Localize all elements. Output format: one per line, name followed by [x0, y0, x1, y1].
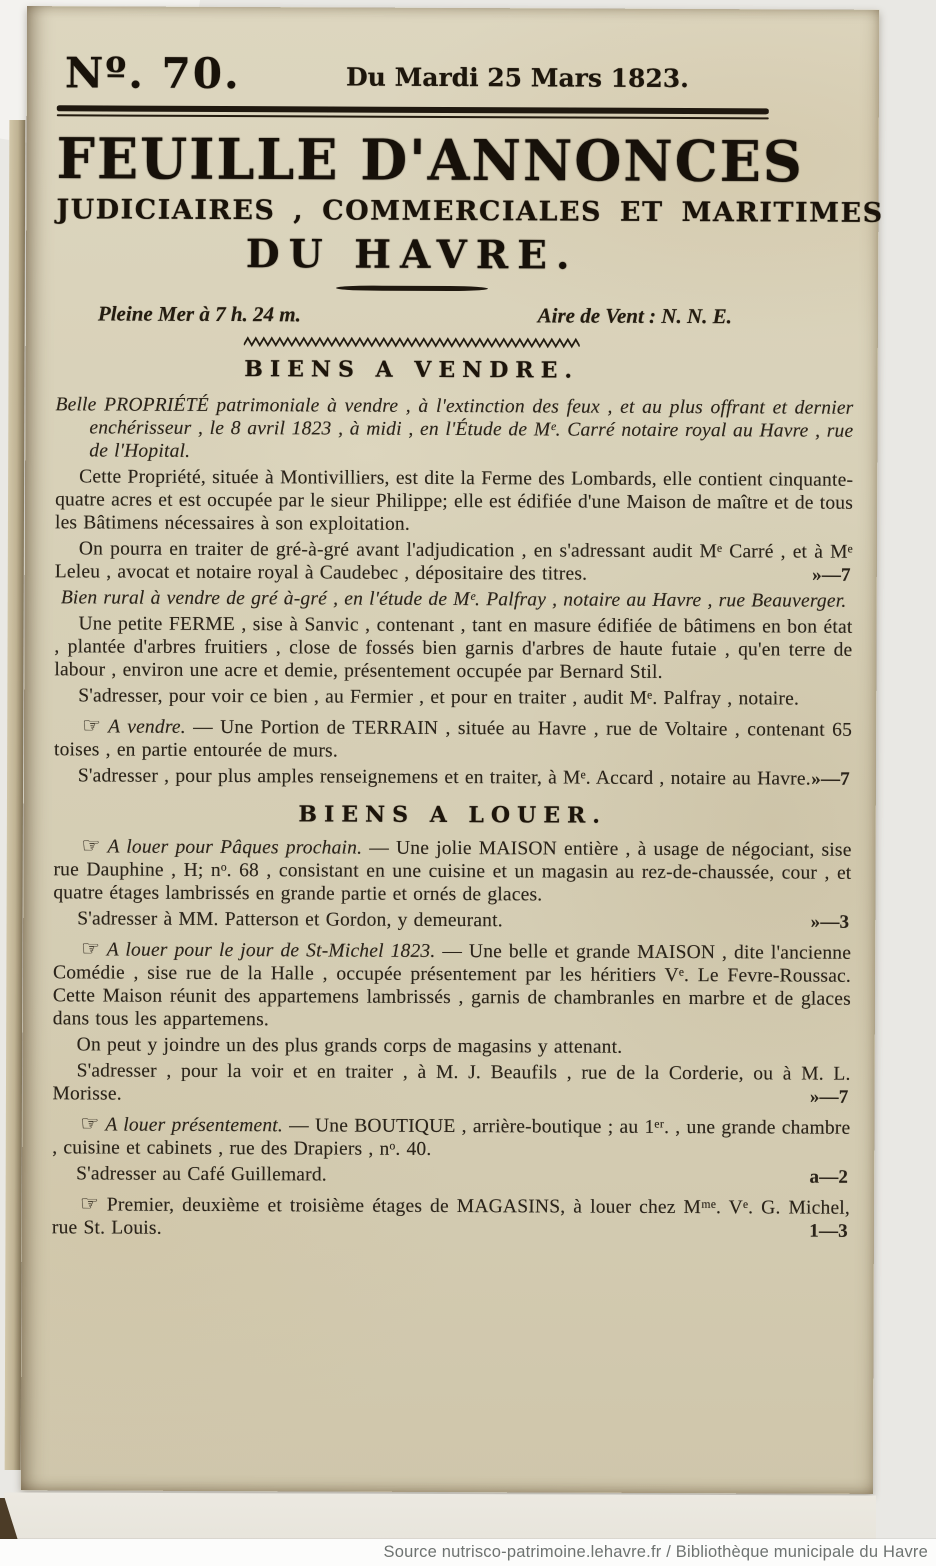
ad-paragraph: S'adresser, pour voir ce bien , au Fermi… — [54, 684, 852, 710]
ad-paragraph: S'adresser au Café Guillemard.a—2 — [52, 1162, 850, 1188]
ad-text: S'adresser au Café Guillemard. — [76, 1163, 327, 1185]
scanned-newspaper-viewer: { "glyphs": { "manicule": "☞" }, "masthe… — [0, 0, 936, 1566]
section-heading-biens-a-louer: BIENS A LOUER. — [54, 800, 852, 829]
ad-text: Une petite FERME , sise à Sanvic , conte… — [54, 613, 852, 683]
newspaper-place: DU HAVRE. — [56, 230, 768, 279]
ad-text: S'adresser , pour plus amples renseignem… — [78, 765, 811, 789]
newspaper-page-scan: Nº. 70. Du Mardi 25 Mars 1823. FEUILLE D… — [21, 6, 879, 1494]
rule-thin — [57, 114, 769, 119]
page-content: Nº. 70. Du Mardi 25 Mars 1823. FEUILLE D… — [36, 6, 865, 1243]
ads-column: Belle PROPRIÉTÉ patrimoniale à vendre , … — [36, 389, 864, 1243]
attribution-bar: Source nutrisco-patrimoine.lehavre.fr / … — [0, 1539, 936, 1566]
ad-text: On pourra en traiter de gré-à-gré avant … — [55, 538, 853, 584]
insertion-mark: »—7 — [811, 768, 850, 791]
ad-paragraph: ☞ A louer pour Pâques prochain. — Une jo… — [53, 834, 851, 907]
ad-lead: A louer pour Pâques prochain. — [107, 837, 362, 859]
manicule-icon: ☞ — [82, 833, 101, 857]
ad-paragraph: ☞ Premier, deuxième et troisième étages … — [52, 1192, 850, 1242]
ad-text: S'adresser à MM. Patterson et Gordon, y … — [77, 908, 503, 931]
ad-paragraph: On peut y joindre un des plus grands cor… — [53, 1033, 851, 1059]
tide-wind-row: Pleine Mer à 7 h. 24 m. Aire de Vent : N… — [56, 301, 768, 329]
masthead-block: FEUILLE D'ANNONCES JUDICIAIRES , COMMERC… — [56, 126, 769, 384]
ad-text: S'adresser , pour la voir et en traiter … — [52, 1060, 850, 1104]
insertion-mark: »—3 — [811, 911, 850, 934]
ad-text: S'adresser, pour voir ce bien , au Fermi… — [78, 685, 799, 709]
ad-text: Premier, deuxième et troisième étages de… — [52, 1195, 850, 1239]
source-attribution: Source nutrisco-patrimoine.lehavre.fr / … — [383, 1543, 936, 1562]
ad-paragraph: S'adresser , pour plus amples renseignem… — [54, 764, 852, 790]
insertion-mark: »—7 — [812, 564, 851, 587]
ad-lead: A vendre. — [108, 717, 186, 738]
insertion-mark: a—2 — [809, 1166, 848, 1189]
ad-paragraph: Cette Propriété, située à Montivilliers,… — [55, 465, 853, 537]
wind-info: Aire de Vent : N. N. E. — [538, 303, 732, 329]
ad-text: On peut y joindre un des plus grands cor… — [77, 1034, 623, 1057]
manicule-icon: ☞ — [80, 1191, 99, 1215]
ad-paragraph: ☞ A vendre. — Une Portion de TERRAIN , s… — [54, 714, 852, 764]
under-sheet-edge — [4, 1492, 876, 1545]
ad-lead: A louer présentement. — [105, 1114, 283, 1136]
ad-paragraph: ☞ A louer présentement. — Une BOUTIQUE ,… — [52, 1112, 850, 1162]
ad-text: Bien rural à vendre de gré à-gré , en l'… — [61, 587, 847, 611]
section-heading-biens-a-vendre: BIENS A VENDRE. — [56, 355, 768, 384]
masthead-row: Nº. 70. Du Mardi 25 Mars 1823. — [41, 6, 865, 101]
insertion-mark: 1—3 — [809, 1220, 848, 1243]
ad-paragraph: Belle PROPRIÉTÉ patrimoniale à vendre , … — [55, 393, 853, 465]
newspaper-title: FEUILLE D'ANNONCES — [56, 125, 768, 195]
issue-number: Nº. 70. — [65, 48, 241, 98]
ad-paragraph: S'adresser , pour la voir et en traiter … — [52, 1059, 850, 1108]
ad-text: Cette Propriété, située à Montivilliers,… — [55, 466, 853, 534]
insertion-mark: »—7 — [810, 1086, 849, 1109]
ad-paragraph: ☞ A louer pour le jour de St-Michel 1823… — [53, 937, 851, 1033]
manicule-icon: ☞ — [81, 936, 100, 960]
ad-lead: A louer pour le jour de St-Michel 1823. — [107, 940, 436, 962]
manicule-icon: ☞ — [80, 1111, 99, 1135]
rule-thick — [57, 105, 769, 114]
manicule-icon: ☞ — [82, 713, 101, 737]
ad-text: Belle PROPRIÉTÉ patrimoniale à vendre , … — [55, 394, 853, 462]
ad-paragraph: Bien rural à vendre de gré à-gré , en l'… — [55, 586, 853, 612]
zigzag-rule — [244, 336, 580, 348]
issue-date: Du Mardi 25 Mars 1823. — [346, 63, 689, 100]
ad-paragraph: Une petite FERME , sise à Sanvic , conte… — [54, 612, 852, 684]
ad-paragraph: S'adresser à MM. Patterson et Gordon, y … — [53, 907, 851, 933]
masthead-double-rule — [57, 105, 769, 119]
tide-info: Pleine Mer à 7 h. 24 m. — [98, 301, 301, 327]
newspaper-subtitle: JUDICIAIRES , COMMERCIALES ET MARITIMES — [56, 194, 768, 228]
ad-paragraph: On pourra en traiter de gré-à-gré avant … — [55, 537, 853, 586]
wavy-divider — [56, 333, 768, 348]
masthead-short-rule — [336, 285, 488, 291]
